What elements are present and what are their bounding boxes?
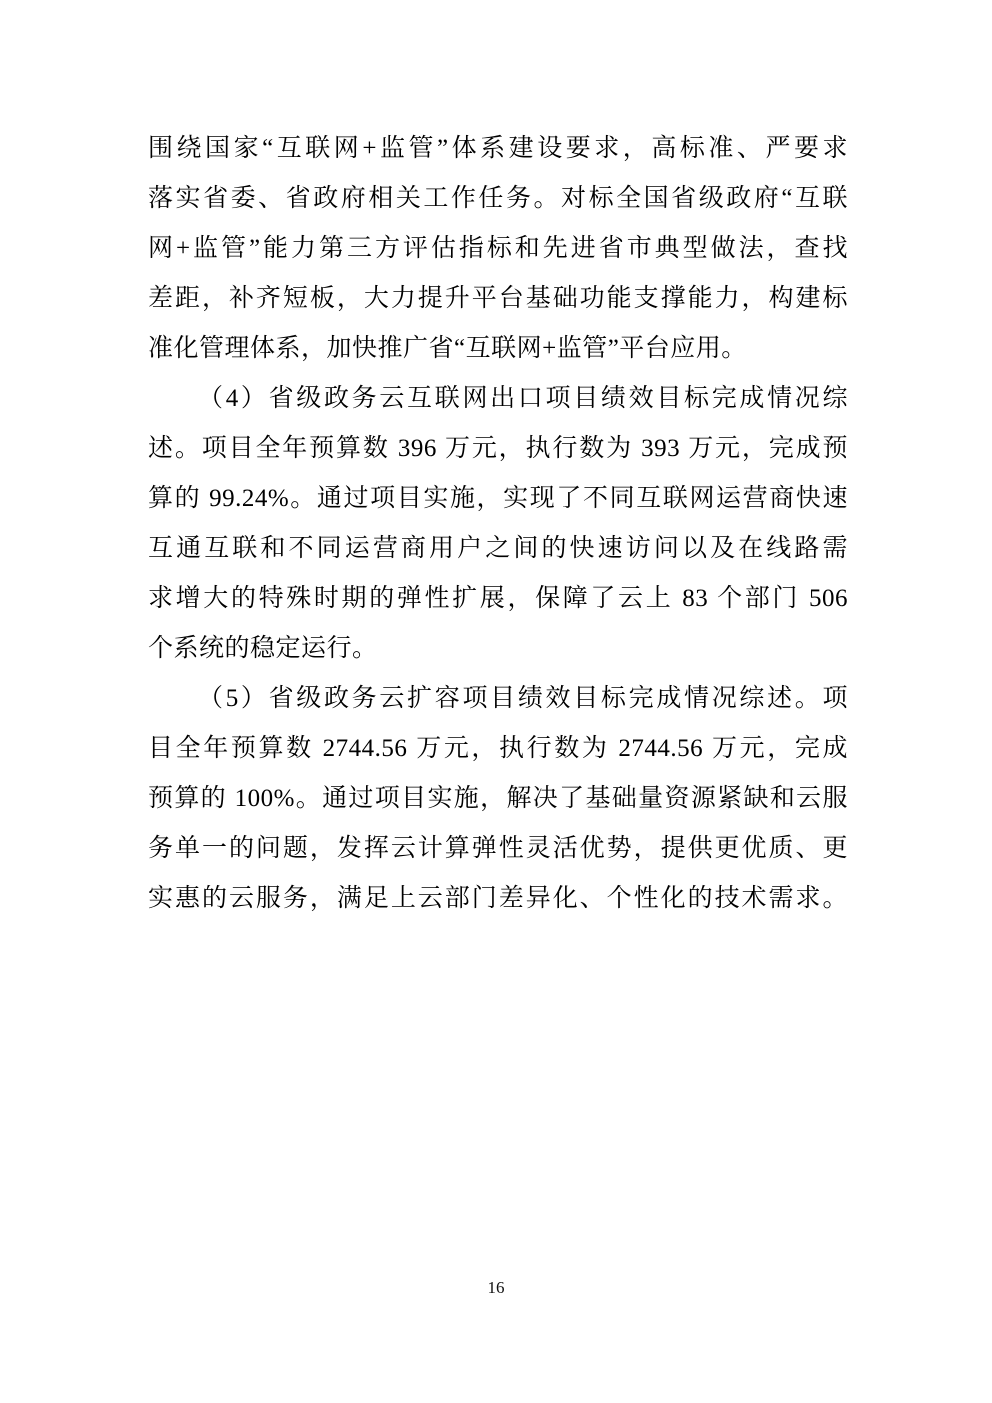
text-line: 目全年预算数 2744.56 万元，执行数为 2744.56 万元，完成 (148, 724, 848, 774)
text-line: 互通互联和不同运营商用户之间的快速访问以及在线路需 (148, 524, 848, 574)
text-line: 网+监管”能力第三方评估指标和先进省市典型做法，查找 (148, 224, 848, 274)
text-line: 预算的 100%。通过项目实施，解决了基础量资源紧缺和云服 (148, 774, 848, 824)
text-line: 准化管理体系，加快推广省“互联网+监管”平台应用。 (148, 324, 848, 374)
text-line: 求增大的特殊时期的弹性扩展，保障了云上 83 个部门 506 (148, 574, 848, 624)
text-line: 算的 99.24%。通过项目实施，实现了不同互联网运营商快速 (148, 474, 848, 524)
text-line: （4）省级政务云互联网出口项目绩效目标完成情况综 (148, 374, 848, 424)
page-number: 16 (0, 1276, 992, 1300)
text-line: 围绕国家“互联网+监管”体系建设要求，高标准、严要求 (148, 124, 848, 174)
text-line: 差距，补齐短板，大力提升平台基础功能支撑能力，构建标 (148, 274, 848, 324)
paragraph-item-5: （5）省级政务云扩容项目绩效目标完成情况综述。项 目全年预算数 2744.56 … (148, 674, 848, 924)
text-line: 实惠的云服务，满足上云部门差异化、个性化的技术需求。 (148, 874, 848, 924)
paragraph-item-4: （4）省级政务云互联网出口项目绩效目标完成情况综 述。项目全年预算数 396 万… (148, 374, 848, 674)
text-line: 述。项目全年预算数 396 万元，执行数为 393 万元，完成预 (148, 424, 848, 474)
text-line: 落实省委、省政府相关工作任务。对标全国省级政府“互联 (148, 174, 848, 224)
text-line: （5）省级政务云扩容项目绩效目标完成情况综述。项 (148, 674, 848, 724)
document-page: 围绕国家“互联网+监管”体系建设要求，高标准、严要求 落实省委、省政府相关工作任… (0, 0, 992, 1403)
text-line: 个系统的稳定运行。 (148, 624, 848, 674)
document-text-body: 围绕国家“互联网+监管”体系建设要求，高标准、严要求 落实省委、省政府相关工作任… (148, 124, 848, 924)
text-line: 务单一的问题，发挥云计算弹性灵活优势，提供更优质、更 (148, 824, 848, 874)
paragraph-continuation: 围绕国家“互联网+监管”体系建设要求，高标准、严要求 落实省委、省政府相关工作任… (148, 124, 848, 374)
